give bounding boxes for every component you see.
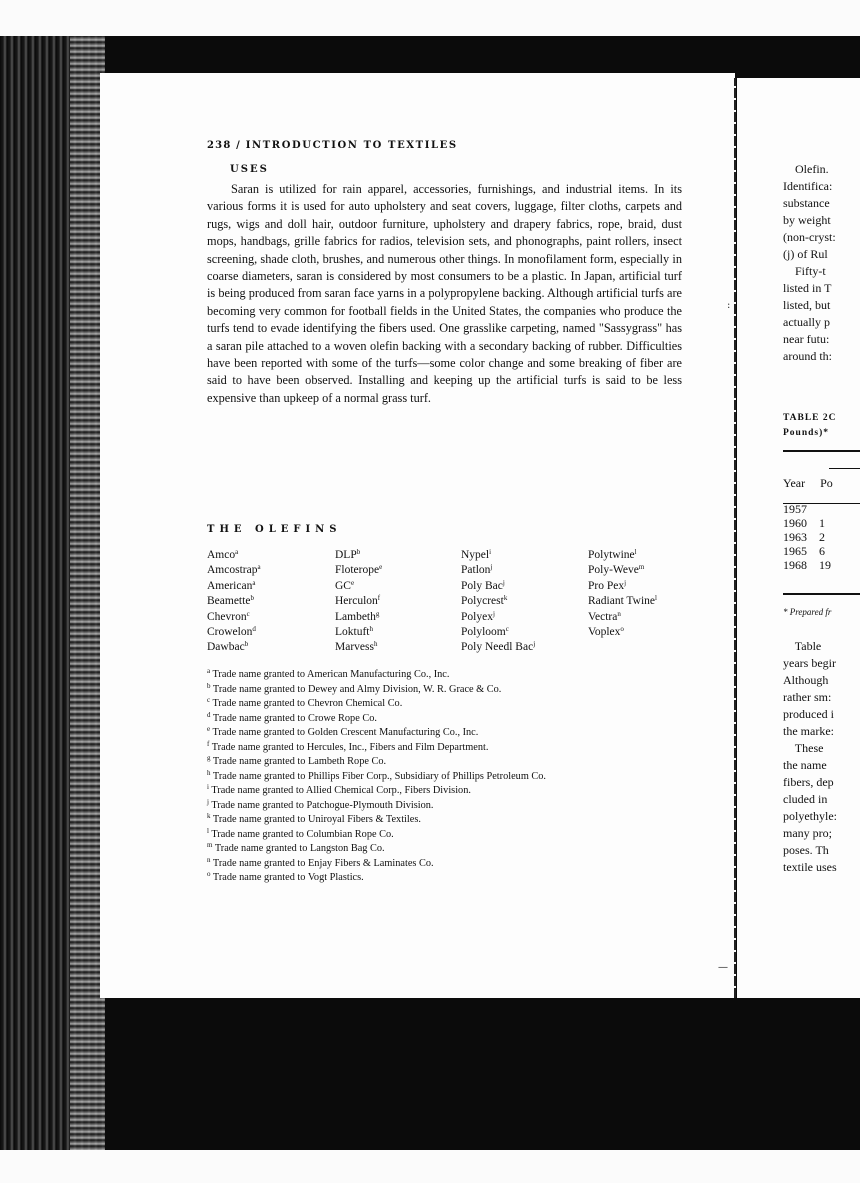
text-line: listed, but (783, 297, 836, 314)
text-line: Fifty-t (783, 263, 836, 280)
footnote: b Trade name granted to Dewey and Almy D… (207, 683, 687, 698)
text-line: polyethyle: (783, 808, 837, 825)
table-row: 196819 (783, 558, 855, 572)
table-row: 1957 (783, 502, 855, 516)
section-heading-uses: USES (230, 164, 269, 175)
footnote: i Trade name granted to Allied Chemical … (207, 784, 687, 799)
table-sub-rule (829, 468, 860, 469)
right-page: Olefin.Identifica:substanceby weight(non… (737, 78, 860, 998)
book-title: INTRODUCTION TO TEXTILES (246, 140, 458, 151)
footnote-mark: c (247, 610, 250, 618)
running-head: 238 / INTRODUCTION TO TEXTILES (207, 140, 458, 151)
trade-name: Poly Bacj (461, 579, 588, 594)
text-line: substance (783, 195, 836, 212)
text-line: rather sm: (783, 689, 837, 706)
footnote: h Trade name granted to Phillips Fiber C… (207, 770, 687, 785)
trade-name: Amcoa (207, 548, 335, 563)
text-line: near futu: (783, 331, 836, 348)
text-line: cluded in (783, 791, 837, 808)
footnote-mark: b (357, 548, 361, 556)
text-line: by weight (783, 212, 836, 229)
trade-names-column: AmcoaAmcostrapaAmericanaBeamettebChevron… (207, 548, 335, 656)
footnote-mark: l (655, 594, 657, 602)
footnote-mark: d (252, 625, 256, 633)
table-row: 19601 (783, 516, 855, 530)
footnote: o Trade name granted to Vogt Plastics. (207, 871, 687, 886)
footnote: f Trade name granted to Hercules, Inc., … (207, 741, 687, 756)
trade-name: Polytwinel (588, 548, 718, 563)
trade-names-column: PolytwinelPoly-WevemPro PexjRadiant Twin… (588, 548, 718, 656)
trade-name: Polyloomc (461, 625, 588, 640)
footnote-mark: j (624, 579, 626, 587)
footnote: j Trade name granted to Patchogue-Plymou… (207, 799, 687, 814)
table-row: 19656 (783, 544, 855, 558)
table-header: Year Po (783, 476, 855, 490)
text-line: around th: (783, 348, 836, 365)
trade-name: Poly-Wevem (588, 563, 718, 578)
trade-name: Herculonf (335, 594, 461, 609)
trade-name: Amcostrapa (207, 563, 335, 578)
footnote-mark: g (376, 610, 380, 618)
scan-left-edge-shadow (0, 36, 105, 1150)
table-header-pounds: Po (820, 476, 833, 490)
text-line: Although (783, 672, 837, 689)
footnote: c Trade name granted to Chevron Chemical… (207, 697, 687, 712)
trade-name: Crowelond (207, 625, 335, 640)
footnote-mark: i (489, 548, 491, 556)
text-line: (j) of Rul (783, 246, 836, 263)
text-line: the name (783, 757, 837, 774)
trade-name: Polyexj (461, 610, 588, 625)
footnote-mark: b (250, 594, 254, 602)
trade-name: Vectran (588, 610, 718, 625)
footnote-mark: o (620, 625, 624, 633)
page-number: 238 (207, 140, 231, 151)
trade-name: Chevronc (207, 610, 335, 625)
trade-name: Poly Needl Bacj (461, 640, 588, 655)
text-line: Table (783, 638, 837, 655)
trade-names-list: AmcoaAmcostrapaAmericanaBeamettebChevron… (207, 548, 707, 656)
footnote-mark: c (506, 625, 509, 633)
text-line: many pro; (783, 825, 837, 842)
text-line: Identifica: (783, 178, 836, 195)
trade-name: Radiant Twinel (588, 594, 718, 609)
section-heading-olefins: THE OLEFINS (207, 524, 342, 535)
text-line: actually p (783, 314, 836, 331)
table-footnote: * Prepared fr (783, 604, 831, 621)
trade-name-footnotes: a Trade name granted to American Manufac… (207, 668, 687, 886)
footnote-mark: b (245, 640, 249, 648)
trade-names-column: NypeliPatlonjPoly BacjPolycrestkPolyexjP… (461, 548, 588, 656)
text-line: Olefin. (783, 161, 836, 178)
footnote: d Trade name granted to Crowe Rope Co. (207, 712, 687, 727)
margin-dash-mark: — (718, 962, 728, 973)
text-line: listed in T (783, 280, 836, 297)
footnote: a Trade name granted to American Manufac… (207, 668, 687, 683)
trade-name: Patlonj (461, 563, 588, 578)
footnote: m Trade name granted to Langston Bag Co. (207, 842, 687, 857)
trade-name: Nypeli (461, 548, 588, 563)
right-page-table: Year Po 1957196011963219656196819 (783, 476, 855, 572)
footnote-mark: a (235, 548, 238, 556)
footnote-mark: l (635, 548, 637, 556)
text-line: TABLE 2C (783, 411, 837, 426)
trade-name: Beametteb (207, 594, 335, 609)
footnote: n Trade name granted to Enjay Fibers & L… (207, 857, 687, 872)
table-bottom-rule (783, 593, 860, 595)
footnote-mark: j (533, 640, 535, 648)
margin-mark: : (727, 300, 730, 311)
trade-name: DLPb (335, 548, 461, 563)
trade-name: Pro Pexj (588, 579, 718, 594)
text-line: poses. Th (783, 842, 837, 859)
table-row: 19632 (783, 530, 855, 544)
footnote-mark: h (374, 640, 378, 648)
trade-name: GCe (335, 579, 461, 594)
right-page-text-block-1: Olefin.Identifica:substanceby weight(non… (783, 161, 836, 365)
table-header-rule (783, 503, 860, 504)
footnote-mark: a (257, 563, 260, 571)
footnote-mark: k (504, 594, 508, 602)
trade-name: Americana (207, 579, 335, 594)
footnote-mark: m (639, 563, 644, 571)
table-header-year: Year (783, 476, 805, 490)
footnote: k Trade name granted to Uniroyal Fibers … (207, 813, 687, 828)
text-line: textile uses (783, 859, 837, 876)
table-top-rule (783, 450, 860, 452)
text-line: These (783, 740, 837, 757)
trade-name: Lambethg (335, 610, 461, 625)
footnote: e Trade name granted to Golden Crescent … (207, 726, 687, 741)
trade-name: Marvessh (335, 640, 461, 655)
footnote-mark: a (252, 579, 255, 587)
footnote: l Trade name granted to Columbian Rope C… (207, 828, 687, 843)
trade-name: Floteropee (335, 563, 461, 578)
footnote-mark: n (617, 610, 621, 618)
text-line: (non-cryst: (783, 229, 836, 246)
footnote-mark: h (370, 625, 374, 633)
trade-names-column: DLPbFloteropeeGCeHerculonfLambethgLoktuf… (335, 548, 461, 656)
footnote-mark: e (379, 563, 382, 571)
uses-paragraph: Saran is utilized for rain apparel, acce… (207, 181, 682, 407)
book-gutter (734, 78, 736, 998)
footnote-mark: j (493, 610, 495, 618)
right-page-table-title: TABLE 2CPounds)* (783, 411, 837, 441)
trade-name: Polycrestk (461, 594, 588, 609)
footnote-mark: j (503, 579, 505, 587)
footnote-mark: j (490, 563, 492, 571)
text-line: the marke: (783, 723, 837, 740)
trade-name: Dawbacb (207, 640, 335, 655)
footnote-mark: f (378, 594, 380, 602)
text-line: years begir (783, 655, 837, 672)
text-line: fibers, dep (783, 774, 837, 791)
right-page-text-block-2: Tableyears begirAlthoughrather sm:produc… (783, 638, 837, 876)
footnote-mark: e (351, 579, 354, 587)
trade-name: Voplexo (588, 625, 718, 640)
text-line: produced i (783, 706, 837, 723)
footnote: g Trade name granted to Lambeth Rope Co. (207, 755, 687, 770)
trade-name: Loktufth (335, 625, 461, 640)
text-line: Pounds)* (783, 426, 837, 441)
